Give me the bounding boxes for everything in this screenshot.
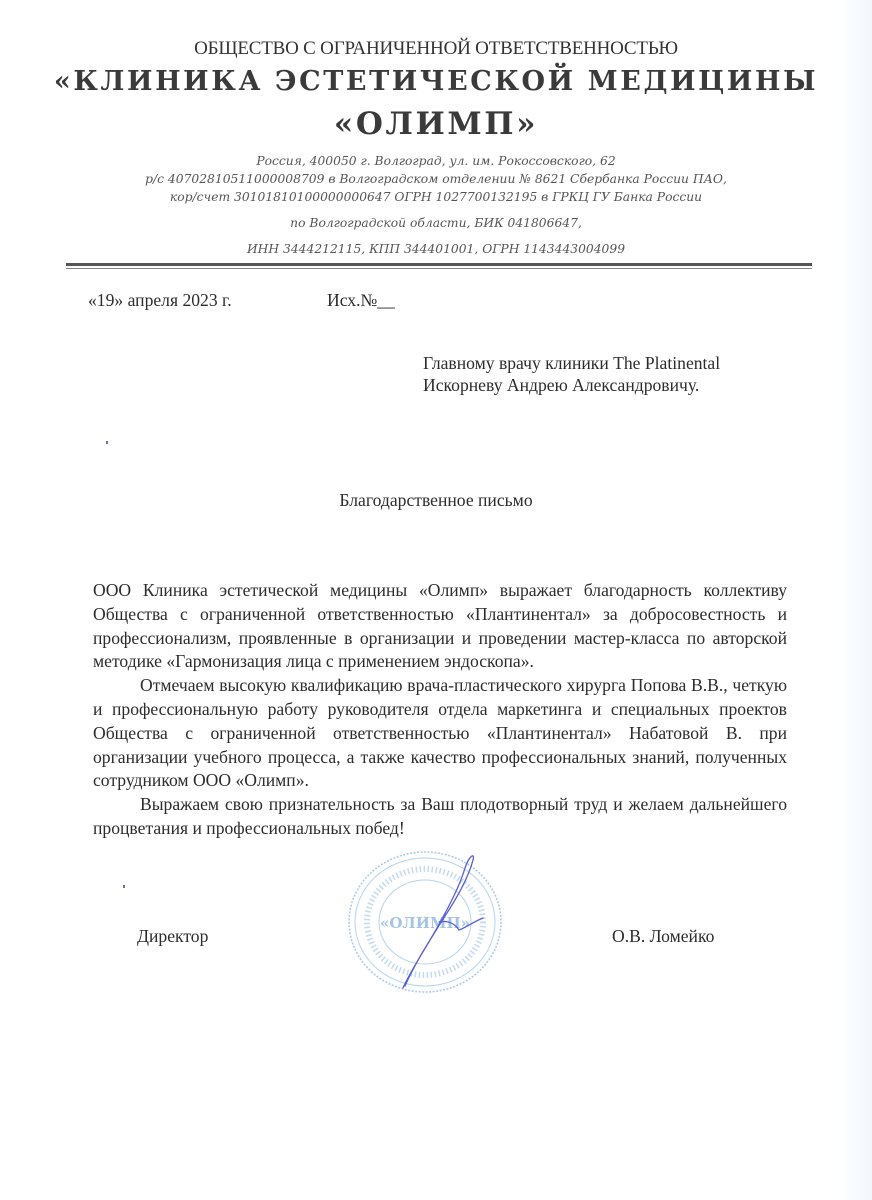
- letter-body: ООО Клиника эстетической медицины «Олимп…: [93, 579, 787, 841]
- letter-title: Благодарственное письмо: [0, 490, 872, 511]
- org-name-line2: «ОЛИМП»: [0, 106, 872, 142]
- addressee-block: Главному врачу клиники The Platinental И…: [423, 352, 720, 396]
- letterhead-divider: [66, 263, 812, 269]
- org-name-line1: «КЛИНИКА ЭСТЕТИЧЕСКОЙ МЕДИЦИНЫ: [0, 66, 872, 97]
- scan-speck: [123, 885, 125, 888]
- org-type: ОБЩЕСТВО С ОГРАНИЧЕННОЙ ОТВЕТСТВЕННОСТЬЮ: [0, 38, 872, 60]
- requisites-inn: ИНН 3444212115, КПП 344401001, ОГРН 1143…: [0, 242, 872, 256]
- company-stamp-with-signature: «ОЛИМП»: [345, 848, 505, 998]
- requisites-address: Россия, 400050 г. Волгоград, ул. им. Рок…: [0, 154, 872, 168]
- body-paragraph-1: ООО Клиника эстетической медицины «Олимп…: [93, 579, 787, 674]
- requisites-account: р/с 40702810511000008709 в Волгоградском…: [0, 172, 872, 186]
- body-paragraph-3: Выражаем свою признательность за Ваш пло…: [93, 793, 787, 841]
- scan-speck: [106, 441, 108, 444]
- requisites-bik: по Волгоградской области, БИК 041806647,: [0, 216, 872, 230]
- outgoing-number: Исх.№__: [327, 290, 395, 311]
- addressee-line1: Главному врачу клиники The Platinental: [423, 352, 720, 374]
- requisites-corr-account: кор/счет 30101810100000000647 ОГРН 10277…: [0, 190, 872, 204]
- svg-text:«ОЛИМП»: «ОЛИМП»: [380, 914, 470, 932]
- stamp-icon: «ОЛИМП»: [345, 848, 505, 998]
- addressee-line2: Искорневу Андрею Александровичу.: [423, 374, 720, 396]
- letter-date: «19» апреля 2023 г.: [88, 290, 232, 311]
- signatory-name: О.В. Ломейко: [612, 926, 714, 947]
- signatory-role: Директор: [137, 926, 208, 947]
- body-paragraph-2: Отмечаем высокую квалификацию врача-плас…: [93, 674, 787, 793]
